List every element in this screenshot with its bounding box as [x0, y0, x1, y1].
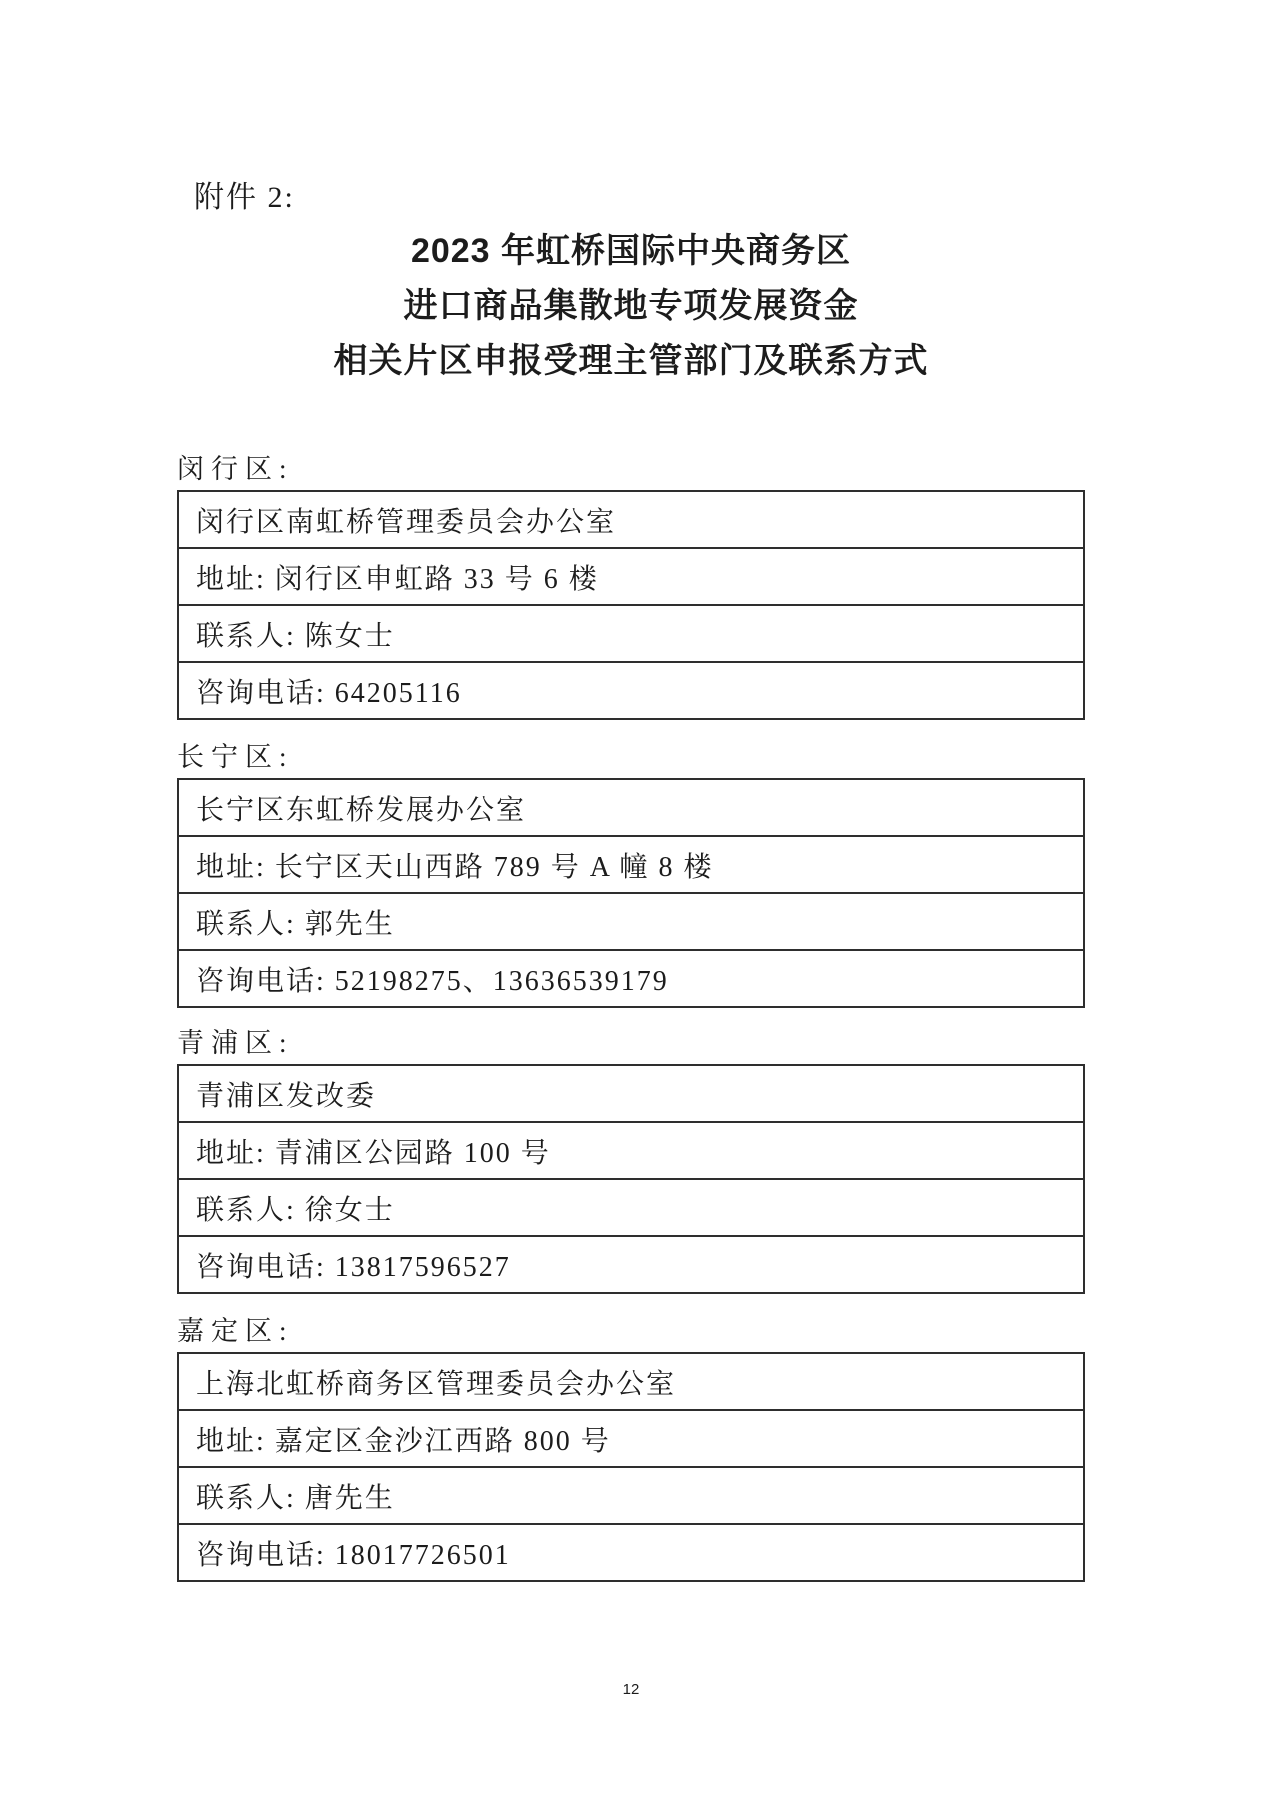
table-row-contact: 联系人: 唐先生 — [179, 1466, 1083, 1523]
table-row-phone: 咨询电话: 18017726501 — [179, 1523, 1083, 1580]
section-label-qingpu: 青浦区: — [177, 1029, 1085, 1057]
document-title: 2023 年虹桥国际中央商务区 进口商品集散地专项发展资金 相关片区申报受理主管… — [177, 224, 1085, 389]
table-row-address: 地址: 长宁区天山西路 789 号 A 幢 8 楼 — [179, 835, 1083, 892]
contact-table-changning: 长宁区东虹桥发展办公室 地址: 长宁区天山西路 789 号 A 幢 8 楼 联系… — [177, 778, 1085, 1008]
table-row-phone: 咨询电话: 13817596527 — [179, 1235, 1083, 1292]
table-row-contact: 联系人: 陈女士 — [179, 604, 1083, 661]
attachment-label: 附件 2: — [194, 172, 295, 216]
section-jiading: 嘉定区: 上海北虹桥商务区管理委员会办公室 地址: 嘉定区金沙江西路 800 号… — [177, 1317, 1085, 1582]
contact-table-qingpu: 青浦区发改委 地址: 青浦区公园路 100 号 联系人: 徐女士 咨询电话: 1… — [177, 1064, 1085, 1294]
table-row-contact: 联系人: 徐女士 — [179, 1178, 1083, 1235]
contact-table-jiading: 上海北虹桥商务区管理委员会办公室 地址: 嘉定区金沙江西路 800 号 联系人:… — [177, 1352, 1085, 1582]
table-row-office: 长宁区东虹桥发展办公室 — [179, 780, 1083, 835]
table-row-office: 上海北虹桥商务区管理委员会办公室 — [179, 1354, 1083, 1409]
title-line-2: 进口商品集散地专项发展资金 — [177, 279, 1085, 334]
table-row-contact: 联系人: 郭先生 — [179, 892, 1083, 949]
section-minhang: 闵行区: 闵行区南虹桥管理委员会办公室 地址: 闵行区申虹路 33 号 6 楼 … — [177, 455, 1085, 720]
table-row-office: 闵行区南虹桥管理委员会办公室 — [179, 492, 1083, 547]
table-row-phone: 咨询电话: 64205116 — [179, 661, 1083, 718]
table-row-address: 地址: 嘉定区金沙江西路 800 号 — [179, 1409, 1083, 1466]
page-number: 12 — [177, 1681, 1085, 1698]
section-changning: 长宁区: 长宁区东虹桥发展办公室 地址: 长宁区天山西路 789 号 A 幢 8… — [177, 743, 1085, 1008]
table-row-phone: 咨询电话: 52198275、13636539179 — [179, 949, 1083, 1006]
section-qingpu: 青浦区: 青浦区发改委 地址: 青浦区公园路 100 号 联系人: 徐女士 咨询… — [177, 1029, 1085, 1294]
section-label-minhang: 闵行区: — [177, 455, 1085, 483]
title-line-3: 相关片区申报受理主管部门及联系方式 — [177, 334, 1085, 389]
title-line-1: 2023 年虹桥国际中央商务区 — [177, 224, 1085, 279]
table-row-address: 地址: 闵行区申虹路 33 号 6 楼 — [179, 547, 1083, 604]
section-label-changning: 长宁区: — [177, 743, 1085, 771]
document-page: 附件 2: 2023 年虹桥国际中央商务区 进口商品集散地专项发展资金 相关片区… — [0, 0, 1280, 1810]
section-label-jiading: 嘉定区: — [177, 1317, 1085, 1345]
table-row-office: 青浦区发改委 — [179, 1066, 1083, 1121]
table-row-address: 地址: 青浦区公园路 100 号 — [179, 1121, 1083, 1178]
contact-table-minhang: 闵行区南虹桥管理委员会办公室 地址: 闵行区申虹路 33 号 6 楼 联系人: … — [177, 490, 1085, 720]
